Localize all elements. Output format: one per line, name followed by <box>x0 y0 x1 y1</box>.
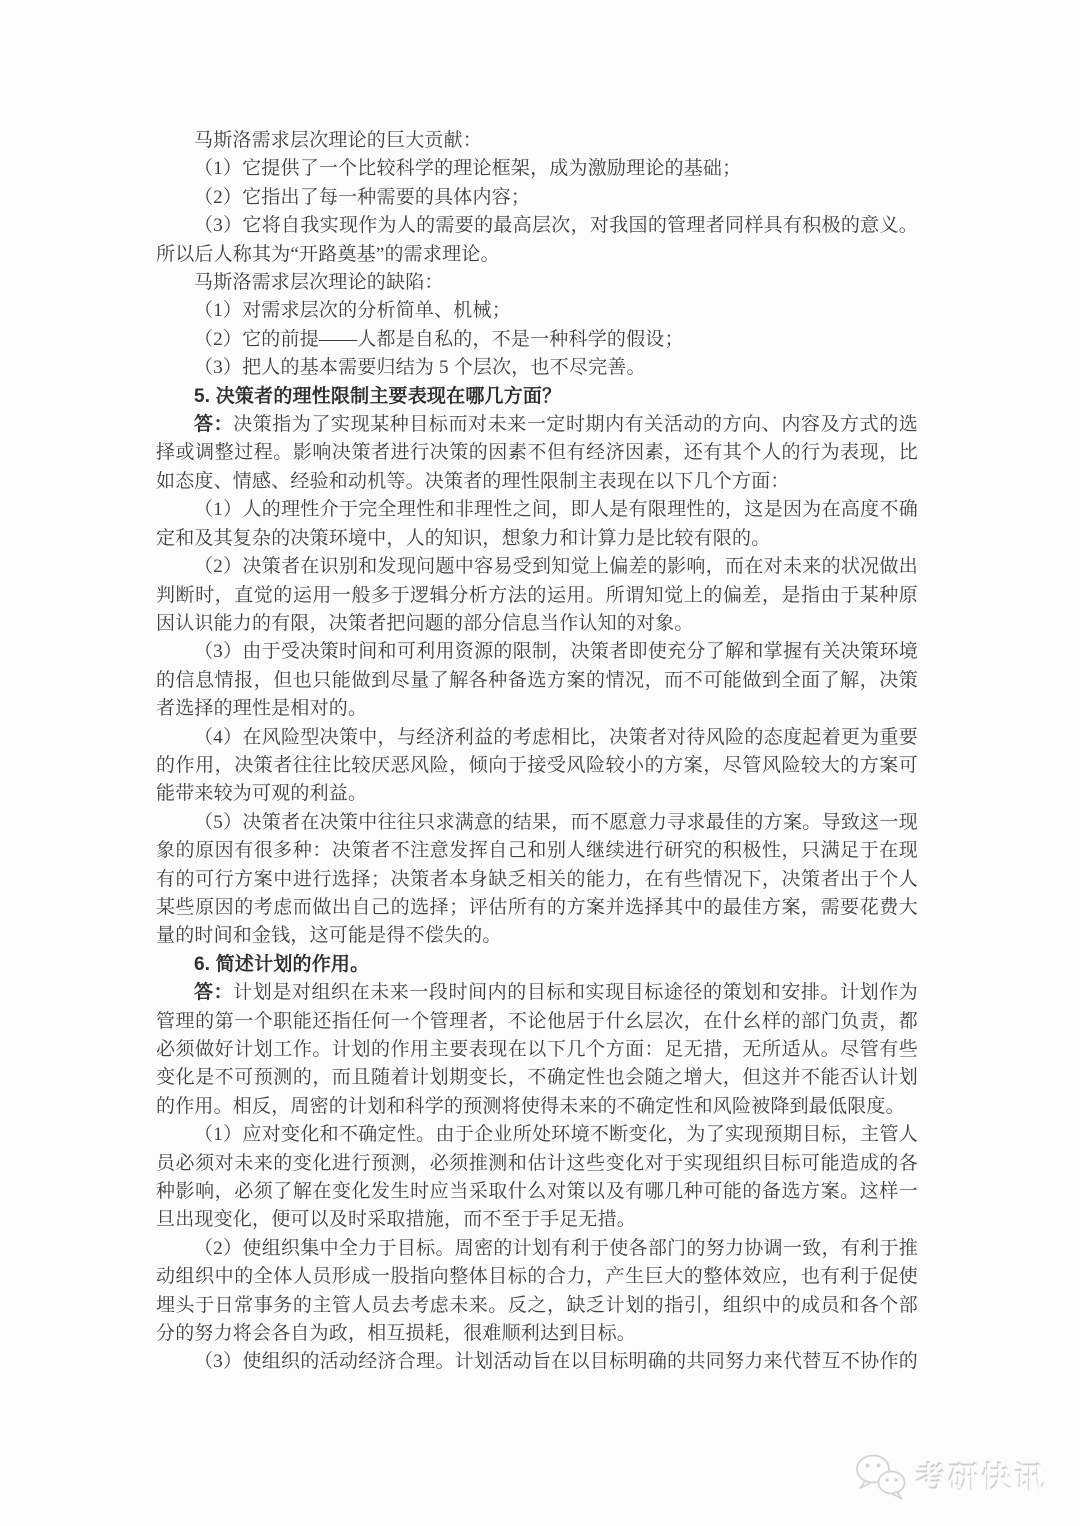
watermark: 考研快讯 <box>854 1452 1048 1500</box>
document-page: 马斯洛需求层次理论的巨大贡献：（1）它提供了一个比较科学的理论框架，成为激励理论… <box>0 0 1080 1526</box>
paragraph: （1）它提供了一个比较科学的理论框架，成为激励理论的基础； <box>156 155 918 183</box>
paragraph: （3）由于受决策时间和可利用资源的限制，决策者即使充分了解和掌握有关决策环境的信… <box>156 638 918 723</box>
answer-paragraph: 答：计划是对组织在未来一段时间内的目标和实现目标途径的策划和安排。计划作为管理的… <box>156 979 918 1121</box>
paragraph: （2）它指出了每一种需要的具体内容； <box>156 184 918 212</box>
paragraph: （3）使组织的活动经济合理。计划活动旨在以目标明确的共同努力来代替互不协作的 <box>156 1348 918 1376</box>
paragraph: （2）决策者在识别和发现问题中容易受到知觉上偏差的影响，而在对未来的状况做出判断… <box>156 553 918 638</box>
answer-label: 答： <box>194 982 233 1003</box>
paragraph: （3）它将自我实现作为人的需要的最高层次，对我国的管理者同样具有积极的意义。所以… <box>156 212 918 269</box>
paragraph: 马斯洛需求层次理论的缺陷： <box>156 269 918 297</box>
wechat-icon <box>854 1452 908 1500</box>
paragraph: （2）使组织集中全力于目标。周密的计划有利于使各部门的努力协调一致，有利于推动组… <box>156 1235 918 1349</box>
question-heading: 5. 决策者的理性限制主要表现在哪几方面？ <box>156 383 918 411</box>
document-body: 马斯洛需求层次理论的巨大贡献：（1）它提供了一个比较科学的理论框架，成为激励理论… <box>156 127 918 1377</box>
paragraph: （2）它的前提——人都是自私的，不是一种科学的假设； <box>156 326 918 354</box>
paragraph: 马斯洛需求层次理论的巨大贡献： <box>156 127 918 155</box>
paragraph: （1）人的理性介于完全理性和非理性之间，即人是有限理性的，这是因为在高度不确定和… <box>156 496 918 553</box>
paragraph: （1）对需求层次的分析简单、机械； <box>156 297 918 325</box>
watermark-brand-text: 考研快讯 <box>916 1454 1048 1498</box>
paragraph: （3）把人的基本需要归结为 5 个层次，也不尽完善。 <box>156 354 918 382</box>
answer-label: 答： <box>194 414 233 435</box>
question-heading: 6. 简述计划的作用。 <box>156 951 918 979</box>
paragraph: （1）应对变化和不确定性。由于企业所处环境不断变化，为了实现预期目标，主管人员必… <box>156 1121 918 1235</box>
answer-paragraph: 答：决策指为了实现某种目标而对未来一定时期内有关活动的方向、内容及方式的选择或调… <box>156 411 918 496</box>
paragraph: （5）决策者在决策中往往只求满意的结果，而不愿意力寻求最佳的方案。导致这一现象的… <box>156 809 918 951</box>
paragraph: （4）在风险型决策中，与经济利益的考虑相比，决策者对待风险的态度起着更为重要的作… <box>156 724 918 809</box>
